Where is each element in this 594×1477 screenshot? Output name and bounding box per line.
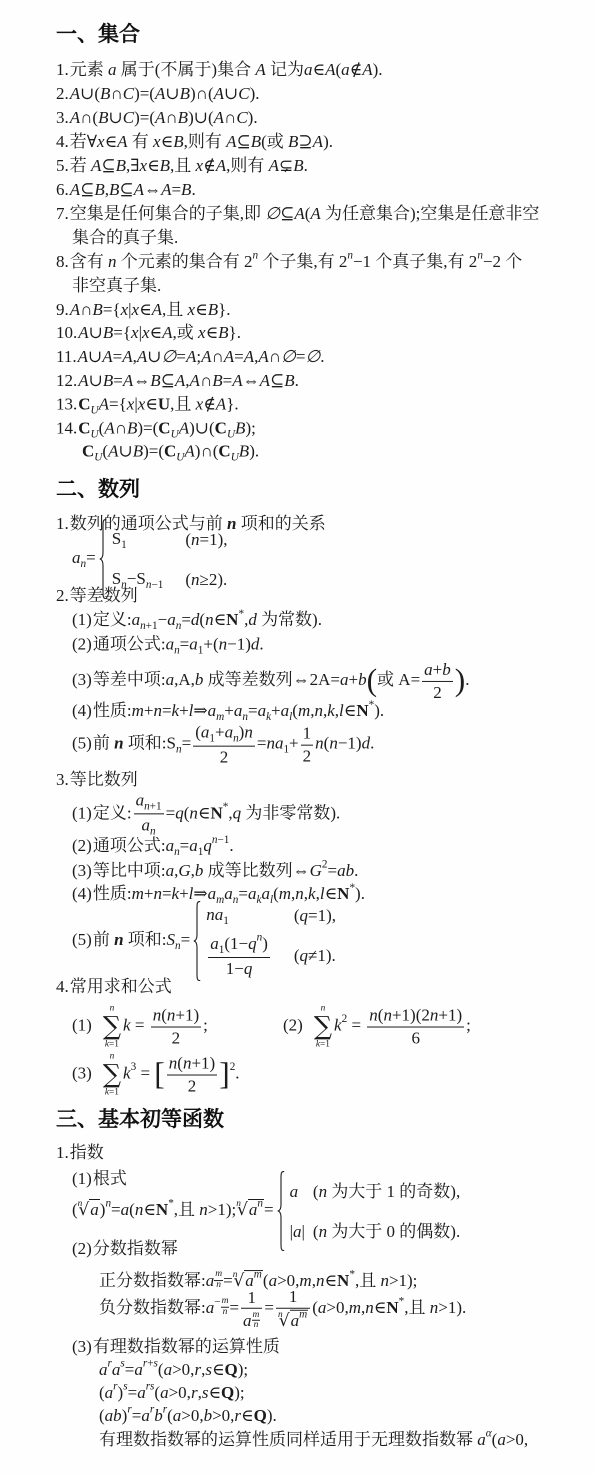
math-text: 2 <box>188 1077 197 1096</box>
math-text: = <box>223 371 233 390</box>
math-text: ; <box>466 1016 471 1035</box>
math-text: = <box>296 347 306 366</box>
case-condition: (n≥2). <box>185 568 227 591</box>
math-text: ); <box>234 1383 244 1402</box>
math-text: = <box>229 1298 239 1317</box>
math-text: = <box>257 734 267 753</box>
math-text: ≠1). <box>308 946 336 965</box>
math-text: ∈ <box>212 1360 225 1379</box>
math-text: ). <box>374 702 384 721</box>
denominator: 2 <box>301 746 314 767</box>
arithmetic-definition: (1)定义:an+1−an=d(n∈N*,d 为常数). <box>72 609 322 633</box>
math-text: 1 <box>121 539 127 551</box>
math-text: 成等差数列⇔2A= <box>203 670 340 689</box>
math-variable: B <box>133 441 143 460</box>
math-variable: A <box>310 204 320 223</box>
set-item-13: 13.CUA={x|x∈U,且 x∉A}. <box>56 393 239 416</box>
arithmetic-partial-sum: (5)前 n 项和:Sn=(a1+an)n2=na1+12n(n−1)d. <box>72 723 374 768</box>
piecewise: na1(q=1),a1(1−qn)1−q(q≠1). <box>190 901 336 981</box>
math-text: ,则有 <box>226 156 269 175</box>
math-text: ∉ <box>350 60 363 79</box>
math-variable: B <box>103 371 113 390</box>
math-text: >1); <box>208 1200 236 1219</box>
math-variable: A <box>70 108 80 127</box>
item-number: 11. <box>56 347 77 366</box>
math-text: >0, <box>181 1406 203 1425</box>
math-variable: n <box>191 570 200 589</box>
math-group: A∪A=A,A∪∅=A;A∩A=A,A∩∅=∅. <box>78 347 325 366</box>
item-text: 定义:an+1an=q(n∈N*,q 为非零常数). <box>93 803 340 822</box>
math-group: r+s <box>143 1358 158 1370</box>
math-text: +1) <box>191 1054 215 1073</box>
math-variable: A <box>214 108 224 127</box>
big-delimiter: ) <box>455 663 465 698</box>
set-item-9: 9.A∩B={x|x∈A,且 x∈B}. <box>56 299 231 321</box>
math-text: S <box>112 529 121 548</box>
math-variable: A <box>224 347 234 366</box>
math-text: ⊇ <box>298 132 312 151</box>
math-group: 有理数指数幂的运算性质同样适用于无理数指数幂 aα(a>0, <box>99 1430 528 1449</box>
math-variable: B <box>160 156 170 175</box>
math-text: ); <box>245 418 255 437</box>
math-variable: B <box>208 300 218 319</box>
fraction: a+b2 <box>422 660 453 702</box>
math-text: = <box>162 702 172 721</box>
math-text: ∪ <box>89 371 103 390</box>
math-text: ∈ <box>105 132 118 151</box>
rational-rule-power: (ar)s=ars(a>0,r,s∈Q); <box>99 1382 245 1404</box>
radical-sign-icon: √ <box>237 1200 248 1220</box>
math-group: (n≥2). <box>185 570 227 589</box>
math-variable: a <box>72 548 81 567</box>
sub-item-number: (2) <box>72 837 92 856</box>
piecewise: a(n 为大于 1 的奇数),|a|(n 为大于 0 的偶数). <box>274 1171 461 1251</box>
math-text: )∩( <box>195 441 219 460</box>
math-text: ,∃ <box>126 156 139 175</box>
math-text: ∩ <box>200 371 212 390</box>
section-title-sequences: 二、数列 <box>56 476 140 502</box>
math-group: n(n+1)(2n+1) <box>369 1006 462 1025</box>
fraction: mn <box>252 1310 261 1330</box>
item-text: 定义:an+1−an=d(n∈N*,d 为常数). <box>93 611 322 630</box>
math-text: = <box>182 734 192 753</box>
math-text: = <box>128 1383 138 1402</box>
item-number: 2. <box>56 84 69 103</box>
math-group: an+1 <box>136 790 162 809</box>
math-bold-symbol: C <box>215 418 227 437</box>
math-variable: x <box>196 156 204 175</box>
math-text: ⇔ <box>144 180 161 199</box>
math-bold-symbol: U <box>158 394 170 413</box>
math-text: =1), <box>200 530 228 549</box>
math-text: + <box>289 734 299 753</box>
subscript: U <box>91 428 99 440</box>
math-variable: A <box>216 156 226 175</box>
math-text: ∩( <box>80 108 98 127</box>
math-variable: n <box>191 530 200 549</box>
math-bold-symbol: N <box>210 803 222 822</box>
math-text: ⊆ <box>161 371 175 390</box>
math-text: +( <box>203 634 218 653</box>
math-text: ∈ <box>143 1200 156 1219</box>
subscript: n+1 <box>140 621 158 633</box>
set-item-10: 10.A∪B={x|x∈A,或 x∈B}. <box>56 322 241 344</box>
math-text: + <box>215 723 225 742</box>
math-variable: a <box>291 1311 300 1330</box>
math-text: ,且 <box>174 1200 200 1219</box>
math-text: ∉ <box>203 394 216 413</box>
math-variable: A <box>260 371 270 390</box>
item-text: A∪(B∩C)=(A∪B)∩(A∪C). <box>70 84 260 103</box>
math-text: . <box>370 734 374 753</box>
math-group: (ar)s=ars(a>0,r,s∈Q); <box>99 1383 245 1402</box>
radical-sign-icon: √ <box>279 1311 290 1331</box>
math-text: ∩ <box>211 347 223 366</box>
math-variable: n <box>314 702 323 721</box>
sub-item-number: (2) <box>72 1239 92 1258</box>
math-text: }. <box>218 300 230 319</box>
math-group: CU(A∩B)=(CUA)∪(CUB); <box>78 418 256 437</box>
math-text: 性质: <box>93 702 132 721</box>
math-variable: a <box>424 660 433 679</box>
math-group: 2 <box>303 747 312 766</box>
math-group: n∑k=1k3 = [n(n+1)2]2. <box>100 1064 240 1083</box>
math-text: ∪ <box>118 441 132 460</box>
math-text: ); <box>238 1360 248 1379</box>
math-text: 1 <box>303 724 312 743</box>
formula: n∑k=1k2 = n(n+1)(2n+1)6; <box>311 1016 471 1035</box>
math-text: )∩( <box>190 84 214 103</box>
math-text: 为大于 0 的偶数). <box>327 1222 460 1241</box>
math-text: >0, <box>169 1383 191 1402</box>
math-variable: n <box>223 1307 228 1317</box>
superscript: r+s <box>143 1358 158 1370</box>
math-group: 非空真子集. <box>72 276 161 295</box>
math-text: 1− <box>226 959 244 978</box>
item-text: 前 n 项和:Sn=na1(q=1),a1(1−qn)1−q(q≠1). <box>93 930 336 949</box>
math-group: 定义:an+1−an=d(n∈N*,d 为常数). <box>93 611 322 630</box>
superscript: mn <box>252 1309 261 1321</box>
math-text: 前 <box>93 734 114 753</box>
math-text: . <box>465 670 469 689</box>
item-text: 前 n 项和:Sn=(a1+an)n2=na1+12n(n−1)d. <box>93 734 374 753</box>
math-variable: x <box>153 132 161 151</box>
math-text: ∈ <box>312 60 325 79</box>
math-text: . <box>304 156 308 175</box>
math-variable: n <box>257 1198 263 1210</box>
item-text: CU(A∩B)=(CUA)∪(CUB); <box>78 418 256 437</box>
math-group: n <box>223 1307 228 1317</box>
math-text: 6 <box>411 1029 420 1048</box>
math-text: 项和: <box>124 930 167 949</box>
denominator: 2 <box>193 747 255 768</box>
arithmetic-mean: (3)等差中项:a,A,b 成等差数列⇔2A=a+b(或 A=a+b2). <box>72 660 470 702</box>
fraction: (a1+an)n2 <box>193 723 255 768</box>
item-number: 13. <box>56 394 77 413</box>
math-text: ∈ <box>195 300 208 319</box>
math-group: 1 <box>289 1287 298 1306</box>
math-variable: ∅ <box>281 347 296 366</box>
math-text: +1 <box>150 800 162 812</box>
math-variable: k <box>123 1064 131 1083</box>
math-variable: G <box>310 861 322 880</box>
math-variable: A <box>117 132 127 151</box>
set-item-1: 1.元素 a 属于(不属于)集合 A 记为a∈A(a∉A). <box>56 59 383 81</box>
math-text: ∪ <box>108 108 122 127</box>
item-text: 空集是任何集合的子集,即 ∅⊆A(A 为任意集合);空集是任意非空 <box>70 204 540 223</box>
math-text: ,且 <box>170 156 196 175</box>
item-number: 2. <box>56 586 69 605</box>
numerator: n(n+1)(2n+1) <box>367 1006 464 1028</box>
math-group: (n 为大于 1 的奇数), <box>313 1182 460 1201</box>
math-variable: ∅ <box>305 347 320 366</box>
math-group: n <box>254 1320 259 1330</box>
math-variable: n <box>369 1006 378 1025</box>
math-text: = <box>347 1016 365 1035</box>
math-text: = <box>180 634 190 653</box>
math-group: A⊆B,B⊆A⇔A=B. <box>70 180 196 199</box>
subscript: n+1 <box>144 800 162 812</box>
fraction: n(n+1)2 <box>167 1054 217 1096</box>
formula: n∑k=1k3 = [n(n+1)2]2. <box>100 1064 240 1083</box>
math-text: 等比中项: <box>93 861 166 880</box>
math-text: ∪ <box>165 84 179 103</box>
math-variable: x <box>121 300 129 319</box>
sum-formula-2: (2)n∑k=1k2 = n(n+1)(2n+1)6; <box>283 1004 471 1051</box>
math-variable: A <box>78 347 88 366</box>
math-text: ∩ <box>80 300 92 319</box>
item-text: A∩B={x|x∈A,且 x∈B}. <box>70 300 231 319</box>
left-brace-icon <box>277 1171 285 1251</box>
math-group: amn <box>243 1311 260 1330</box>
math-text: 个元素的集合有 2 <box>117 252 253 271</box>
set-item-12: 12.A∪B=A⇔B⊆A,A∩B=A⇔A⊆B. <box>56 370 299 392</box>
math-variable: n <box>329 734 338 753</box>
denominator: an <box>134 815 164 838</box>
math-text: 元素 <box>70 60 108 79</box>
math-variable: a <box>108 60 117 79</box>
math-variable: q <box>300 906 309 925</box>
math-variable: a <box>225 723 234 742</box>
set-item-14: 14.CU(A∩B)=(CUA)∪(CUB); <box>56 417 256 440</box>
math-variable: B <box>239 441 249 460</box>
radicand: am <box>290 1310 309 1330</box>
item-number: 3. <box>56 770 69 789</box>
math-variable: A <box>214 84 224 103</box>
math-variable: C <box>123 84 134 103</box>
math-group: n∑k=1k = n(n+1)2; <box>100 1016 208 1035</box>
math-text: ={ <box>103 300 121 319</box>
math-text: = <box>181 930 191 949</box>
math-group: (q=1), <box>294 906 336 925</box>
math-text: ∪ <box>147 347 161 366</box>
math-variable: A <box>155 108 165 127</box>
math-variable: U <box>91 428 99 440</box>
math-group: 前 n 项和:Sn=na1(q=1),a1(1−qn)1−q(q≠1). <box>93 930 336 949</box>
arithmetic-property: (4)性质:m+n=k+l⇒am+an=ak+al(m,n,k,l∈N*). <box>72 700 384 724</box>
math-variable: a <box>166 634 175 653</box>
fraction: n(n+1)(2n+1)6 <box>367 1006 464 1048</box>
math-variable: U <box>231 451 239 463</box>
superscript: n <box>257 1198 263 1210</box>
math-text: ⇒ <box>193 702 207 721</box>
math-variable: n <box>153 1006 162 1025</box>
fraction: n(n+1)2 <box>151 1006 201 1048</box>
math-text: ). <box>323 132 333 151</box>
set-item-5: 5.若 A⊆B,∃x∈B,且 x∉A,则有 A⊊B. <box>56 155 308 177</box>
math-text: −1 <box>151 579 163 591</box>
math-variable: r <box>191 1383 198 1402</box>
math-variable: m <box>349 1298 361 1317</box>
math-group: n+1 <box>140 621 158 633</box>
math-text: }. <box>229 323 241 342</box>
math-text: = <box>113 347 123 366</box>
math-variable: A <box>216 394 226 413</box>
math-text: ,且 <box>162 300 188 319</box>
math-text: 2 <box>433 683 442 702</box>
math-text: )=( <box>134 84 155 103</box>
math-text: (或 <box>261 132 288 151</box>
sum-formula-3: (3)n∑k=1k3 = [n(n+1)2]2. <box>72 1052 240 1099</box>
math-group: 负分数指数幂:a−mn=1amn=1n√am(a>0,m,n∈N*,且 n>1)… <box>99 1298 466 1317</box>
math-variable: n <box>153 702 162 721</box>
math-group: (n=1), <box>185 530 227 549</box>
math-variable: G <box>178 861 190 880</box>
fraction: 1amn <box>241 1287 262 1331</box>
math-text: 1 <box>289 1287 298 1306</box>
item-text: 常用求和公式 <box>70 977 172 996</box>
math-variable: C <box>123 108 134 127</box>
math-group: A∪(B∩C)=(A∪B)∩(A∪C). <box>70 84 260 103</box>
item-text: 有理数指数幂的运算性质 <box>93 1337 280 1356</box>
math-variable: d <box>362 734 371 753</box>
math-text: 或 A= <box>377 670 420 689</box>
item-text: 若 A⊆B,∃x∈B,且 x∉A,则有 A⊊B. <box>70 156 308 175</box>
math-variable: B <box>284 371 294 390</box>
math-variable: A <box>70 180 80 199</box>
math-bold-symbol: N <box>356 702 368 721</box>
math-group: n√am <box>278 1311 308 1330</box>
math-variable: q <box>175 803 184 822</box>
math-text: . <box>259 634 263 653</box>
math-text: = <box>171 180 181 199</box>
math-formula-sheet: 一、集合 1.元素 a 属于(不属于)集合 A 记为a∈A(a∉A). 2.A∪… <box>0 0 594 1477</box>
math-variable: A <box>362 60 372 79</box>
math-variable: A <box>70 84 80 103</box>
arithmetic-general-term: (2)通项公式:an=a1+(n−1)d. <box>72 633 264 656</box>
math-text: 非空真子集. <box>72 276 161 295</box>
math-text: ). <box>267 1406 277 1425</box>
math-variable: A <box>122 347 132 366</box>
denominator: n√am <box>276 1308 310 1331</box>
radicand: an <box>248 1199 264 1219</box>
math-variable: U <box>227 428 235 440</box>
case-condition: (n 为大于 1 的奇数), <box>313 1180 460 1203</box>
math-text: ⊆ <box>280 204 294 223</box>
math-variable: A <box>175 371 185 390</box>
exponent-heading: 1.指数 <box>56 1142 104 1164</box>
math-variable: a <box>99 1360 108 1379</box>
case-value: a <box>290 1180 305 1203</box>
math-text: ∈ <box>145 394 158 413</box>
math-group: 通项公式:an=a1qn−1. <box>93 837 234 856</box>
math-variable: a <box>281 702 290 721</box>
superscript: −mn <box>214 1296 229 1308</box>
math-variable: A <box>294 204 304 223</box>
case-value: na1 <box>206 903 272 927</box>
subscript: U <box>91 404 99 416</box>
math-text: 前 <box>93 930 114 949</box>
math-text: ∈ <box>198 803 211 822</box>
math-variable: a <box>210 934 219 953</box>
math-text: =1), <box>308 906 336 925</box>
math-text: | <box>301 1222 304 1241</box>
math-group: an <box>249 1200 263 1219</box>
math-text: )=( <box>134 108 155 127</box>
item-text: 通项公式:an=a1qn−1. <box>93 837 234 856</box>
math-group: 1 <box>247 1287 256 1306</box>
item-text: 等比中项:a,G,b 成等比数列⇔G2=ab. <box>93 861 359 880</box>
math-variable: q <box>203 837 212 856</box>
math-group: n−1 <box>146 579 164 591</box>
item-number: 9. <box>56 300 69 319</box>
subscript: 1 <box>223 915 229 927</box>
sum-formulas-heading: 4.常用求和公式 <box>56 976 172 998</box>
math-group: (a1+an)n <box>195 723 253 742</box>
math-group: na1 <box>206 905 229 924</box>
math-variable: n <box>319 1222 328 1241</box>
math-variable: A <box>134 180 144 199</box>
math-variable: na <box>266 734 283 753</box>
superscript: m <box>254 1269 262 1281</box>
math-variable: A <box>244 347 254 366</box>
math-text: 通项公式: <box>93 837 166 856</box>
math-text: +1) <box>438 1006 462 1025</box>
math-text: ∪ <box>88 347 102 366</box>
denominator: 2 <box>151 1028 201 1049</box>
math-bold-symbol: Q <box>221 1383 234 1402</box>
math-variable: n <box>169 1054 178 1073</box>
math-group: n(n+1) <box>169 1054 215 1073</box>
item-text: 性质:m+n=k+l⇒am+an=ak+al(m,n,k,l∈N*). <box>93 702 384 721</box>
math-text: = <box>111 1200 121 1219</box>
math-bold-symbol: C <box>82 441 94 460</box>
math-text: = <box>86 548 96 567</box>
math-text: + <box>224 702 234 721</box>
negative-fractional-exponent: 负分数指数幂:a−mn=1amn=1n√am(a>0,m,n∈N*,且 n>1)… <box>99 1287 466 1332</box>
math-variable: A <box>78 371 88 390</box>
math-variable: a <box>105 1383 114 1402</box>
math-text: = <box>180 837 190 856</box>
math-group: 等比中项:a,G,b 成等比数列⇔G2=ab. <box>93 861 359 880</box>
math-text: = <box>166 803 176 822</box>
math-group: 1 <box>303 724 312 743</box>
radical: n√an <box>236 1200 264 1219</box>
math-variable: B <box>173 132 183 151</box>
math-variable: S <box>167 930 176 949</box>
math-variable: B <box>100 84 110 103</box>
math-group: A∩B={x|x∈A,且 x∈B}. <box>70 300 231 319</box>
math-text: . <box>191 180 195 199</box>
math-group: 元素 a 属于(不属于)集合 A 记为a∈A(a∉A). <box>70 60 383 79</box>
numerator: n(n+1) <box>151 1006 201 1028</box>
math-group: 等差中项:a,A,b 成等差数列⇔2A=a+b(或 A=a+b2). <box>93 670 470 689</box>
math-group: (q≠1). <box>294 946 336 965</box>
math-variable: x <box>198 323 206 342</box>
math-variable: A <box>258 347 268 366</box>
case-condition: (n 为大于 0 的偶数). <box>313 1220 460 1243</box>
math-text: =1 <box>109 1040 119 1050</box>
